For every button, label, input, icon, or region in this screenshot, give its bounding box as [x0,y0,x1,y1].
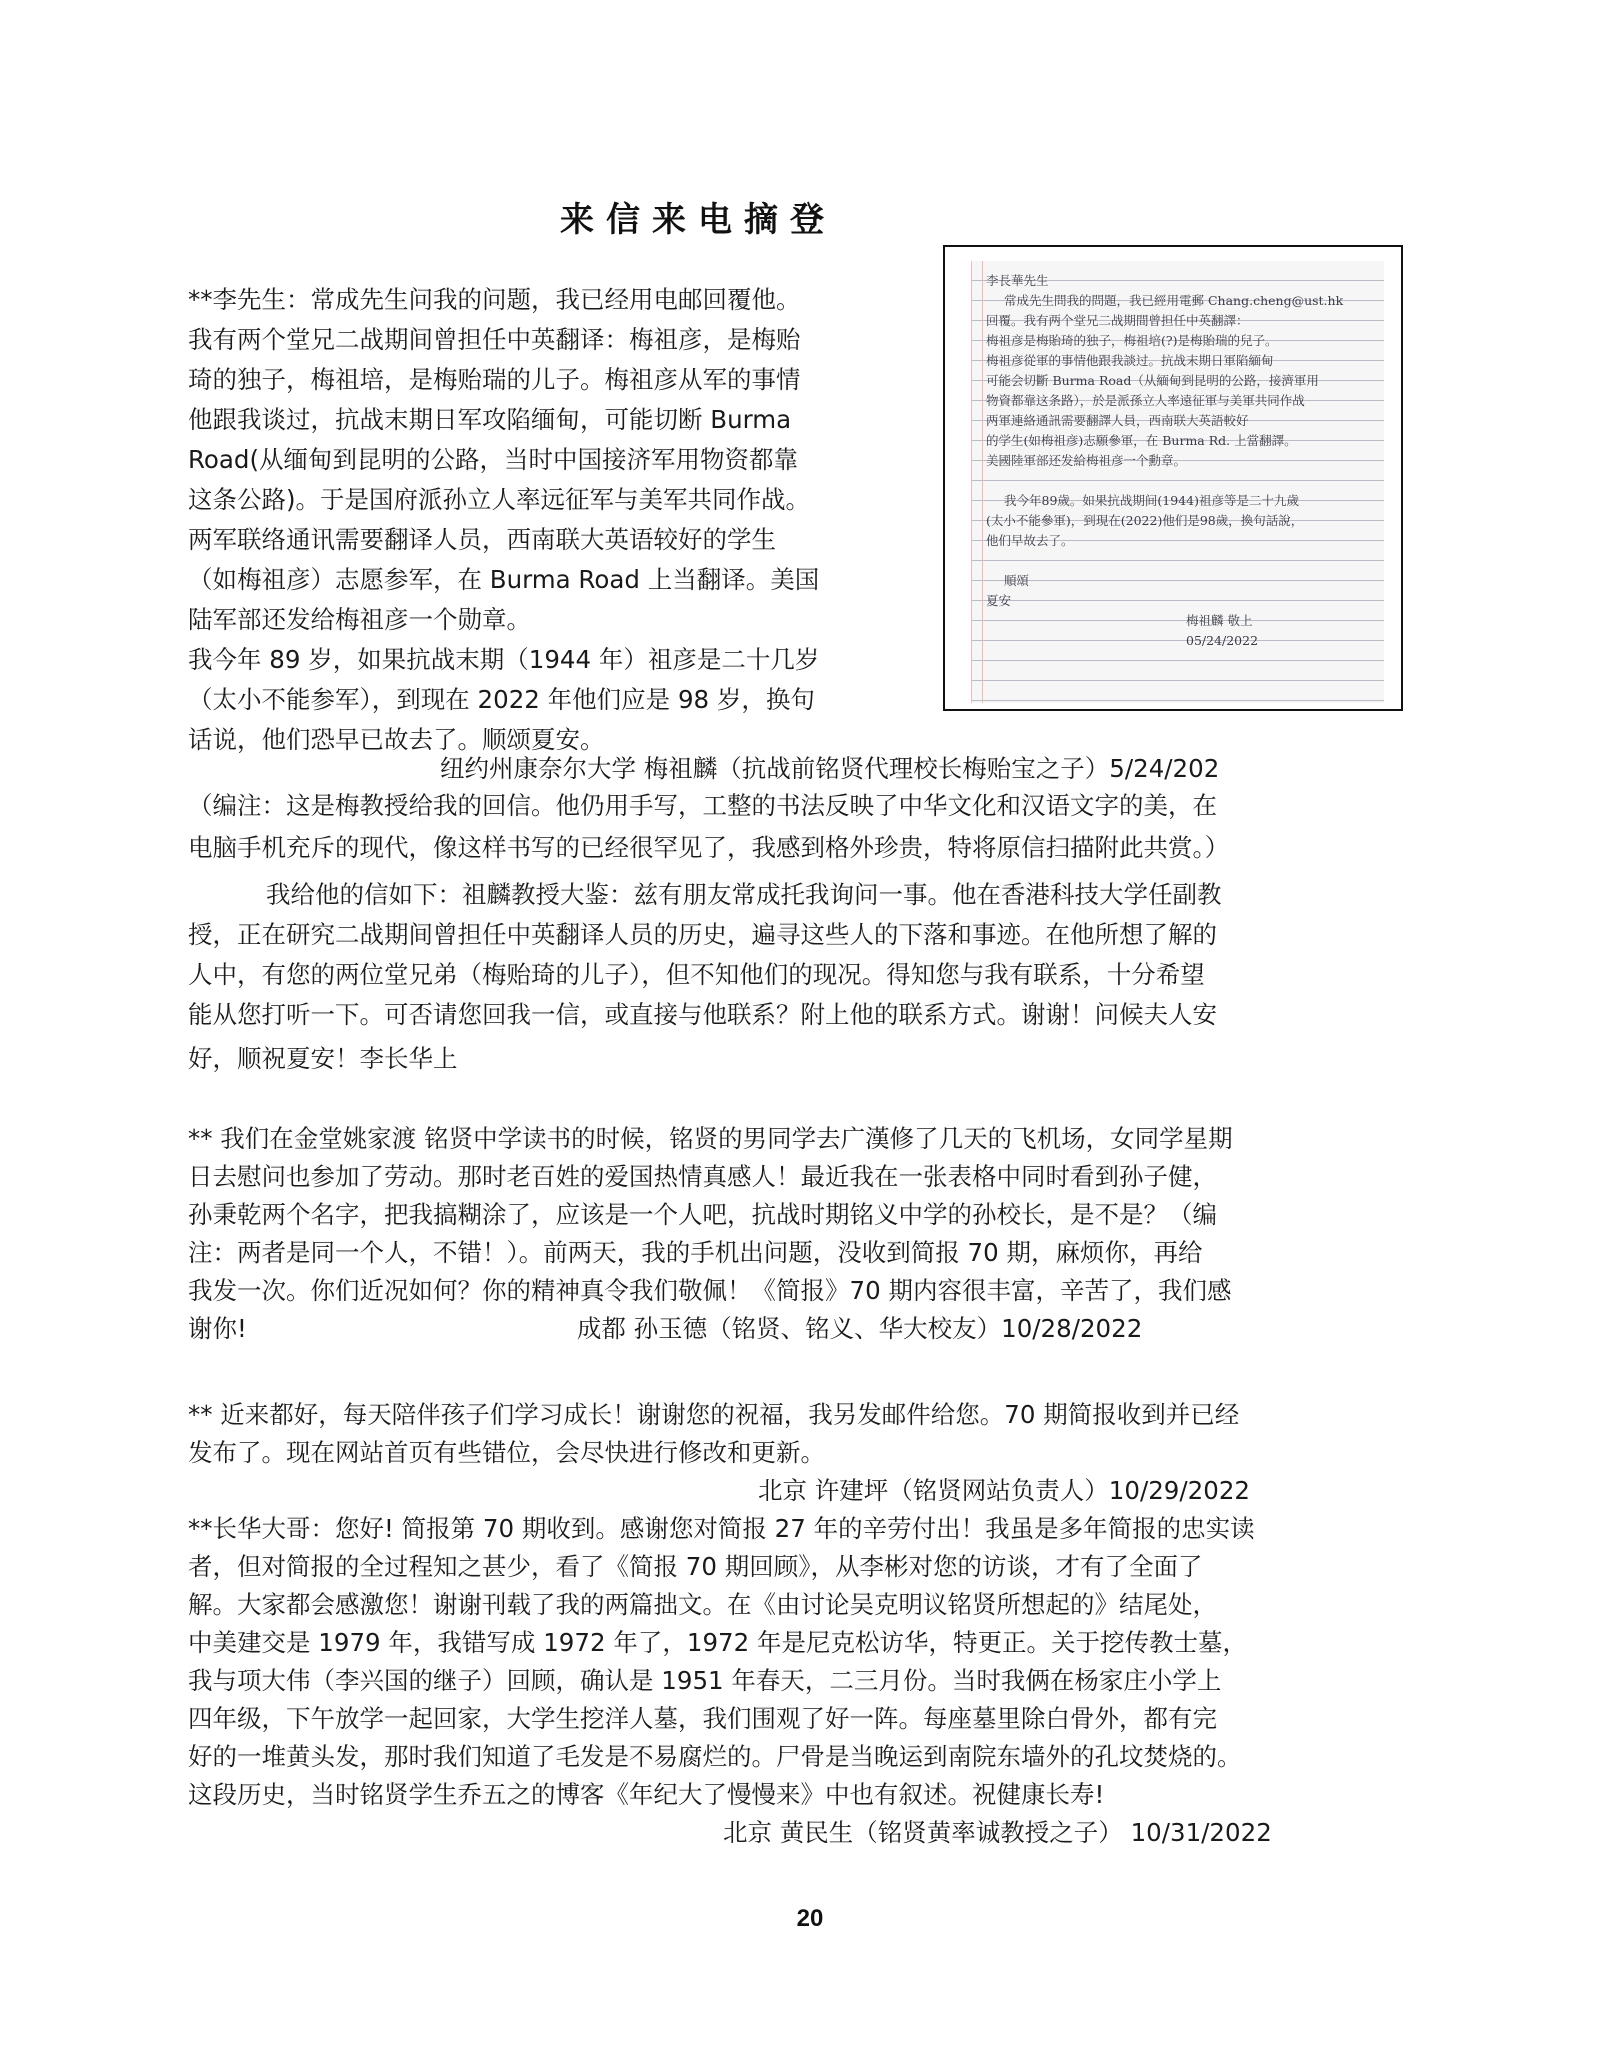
text-line: 我发一次。你们近况如何？你的精神真令我们敬佩！《简报》70 期内容很丰富，辛苦了… [188,1272,1448,1310]
text-line: 解。大家都会感激您！谢谢刊载了我的两篇拙文。在《由讨论吴克明议铭贤所想起的》结尾… [188,1586,1448,1624]
text-line: 发布了。现在网站首页有些错位，会尽快进行修改和更新。 [188,1434,1448,1472]
text-line: **李先生：常成先生问我的问题，我已经用电邮回覆他。 [188,280,918,320]
text-line: 琦的独子，梅祖培，是梅贻瑞的儿子。梅祖彦从军的事情 [188,360,918,400]
text-line: 陆军部还发给梅祖彦一个勋章。 [188,600,918,640]
hw-date: 05/24/2022 [986,631,1380,651]
text-line: 人中，有您的两位堂兄弟（梅贻琦的儿子），但不知他们的现况。得知您与我有联系，十分… [188,955,1448,995]
text-line: 日去慰问也参加了劳动。那时老百姓的爱国热情真感人！最近我在一张表格中同时看到孙子… [188,1158,1448,1196]
text-line-end: 谢你! [188,1314,247,1343]
text-line: ** 我们在金堂姚家渡 铭贤中学读书的时候，铭贤的男同学去广漢修了几天的飞机场，… [188,1120,1448,1158]
hw-line: 的学生(如梅祖彦)志願參軍，在 Burma Rd. 上當翻譯。 [986,431,1380,451]
text-line: ** 近来都好，每天陪伴孩子们学习成长！谢谢您的祝福，我另发邮件给您。70 期简… [188,1396,1448,1434]
letter-sun-yude-signature: 成都 孙玉德（铭贤、铭义、华大校友）10/28/2022 [577,1310,1143,1348]
text-line: 我有两个堂兄二战期间曾担任中英翻译：梅祖彦，是梅贻 [188,320,918,360]
text-line: 能从您打听一下。可否请您回我一信，或直接与他联系？附上他的联系方式。谢谢！问候夫… [188,995,1448,1035]
hw-line: 梅祖彦從軍的事情他跟我談过。抗战末期日軍陷緬甸 [986,351,1380,371]
letter-xu-jianping-signature: 北京 许建坪（铭贤网站负责人）10/29/2022 [188,1472,1448,1510]
text-line: 注：两者是同一个人，不错！）。前两天，我的手机出问题，没收到简报 70 期，麻烦… [188,1234,1448,1272]
hw-signature: 梅祖麟 敬上 [986,611,1380,631]
hw-line [986,471,1380,491]
hw-line: 梅祖彦是梅貽琦的独子，梅祖培(?)是梅貽瑞的兒子。 [986,331,1380,351]
page-number: 20 [780,1905,840,1933]
text-line: 孙秉乾两个名字，把我搞糊涂了，应该是一个人吧，抗战时期铭义中学的孙校长，是不是？… [188,1196,1448,1234]
text-line: 电脑手机充斥的现代，像这样书写的已经很罕见了，我感到格外珍贵，特将原信扫描附此共… [188,827,1448,869]
letter-to-mei-zulin: 我给他的信如下：祖麟教授大鉴：兹有朋友常成托我询问一事。他在香港科技大学任副教 … [188,875,1448,1079]
hw-line: 我今年89歲。如果抗战期间(1944)祖彦等是二十九歲 [986,491,1380,511]
text-line: 中美建交是 1979 年，我错写成 1972 年了，1972 年是尼克松访华，特… [188,1624,1448,1662]
text-line: 两军联络通讯需要翻译人员，西南联大英语较好的学生 [188,520,918,560]
text-line: 好的一堆黄头发，那时我们知道了毛发是不易腐烂的。尸骨是当晚运到南院东墙外的孔坟焚… [188,1738,1448,1776]
hw-line: 美國陸軍部还发給梅祖彦一个勳章。 [986,451,1380,471]
letter-mei-zulin-text: **李先生：常成先生问我的问题，我已经用电邮回覆他。 我有两个堂兄二战期间曾担任… [188,280,918,760]
handwritten-text: 李長華先生 常成先生問我的問題，我已經用電郵 Chang.cheng@ust.h… [986,271,1380,651]
text-line: 我今年 89 岁，如果抗战末期（1944 年）祖彦是二十几岁 [188,640,918,680]
letter-huang-minsheng-signature: 北京 黄民生（铭贤黄率诚教授之子） 10/31/2022 [188,1814,1448,1852]
text-line: 我给他的信如下：祖麟教授大鉴：兹有朋友常成托我询问一事。他在香港科技大学任副教 [188,875,1448,915]
hw-line: 常成先生問我的問題，我已經用電郵 Chang.cheng@ust.hk [986,291,1380,311]
text-line: 好，顺祝夏安！李长华上 [188,1039,1448,1079]
hw-line: 物資都靠这条路），於是派孫立人率遠征軍与美軍共同作战 [986,391,1380,411]
text-line: 我与项大伟（李兴国的继子）回顾，确认是 1951 年春天，二三月份。当时我俩在杨… [188,1662,1448,1700]
hw-line [986,551,1380,571]
hw-line: 他们早故去了。 [986,531,1380,551]
text-line: 四年级，下午放学一起回家，大学生挖洋人墓，我们围观了好一阵。每座墓里除白骨外，都… [188,1700,1448,1738]
text-line: （如梅祖彦）志愿参军，在 Burma Road 上当翻译。美国 [188,560,918,600]
editor-note: （编注：这是梅教授给我的回信。他仍用手写，工整的书法反映了中华文化和汉语文字的美… [188,785,1448,869]
paper-margin-line [982,261,983,703]
handwritten-letter-scan: 李長華先生 常成先生問我的問題，我已經用電郵 Chang.cheng@ust.h… [943,245,1403,711]
hw-line: 順頌 [986,571,1380,591]
text-line: Road(从缅甸到昆明的公路，当时中国接济军用物资都靠 [188,440,918,480]
text-line: **长华大哥：您好! 简报第 70 期收到。感谢您对简报 27 年的辛劳付出！我… [188,1510,1448,1548]
hw-line: 李長華先生 [986,271,1380,291]
text-line: 这条公路)。于是国府派孙立人率远征军与美军共同作战。 [188,480,918,520]
text-line: （太小不能参军），到现在 2022 年他们应是 98 岁，换句 [188,680,918,720]
letter-xu-jianping: ** 近来都好，每天陪伴孩子们学习成长！谢谢您的祝福，我另发邮件给您。70 期简… [188,1396,1448,1510]
hw-line: 回覆。我有两个堂兄二战期間曾担任中英翻譯： [986,311,1380,331]
text-line: 这段历史，当时铭贤学生乔五之的博客《年纪大了慢慢来》中也有叙述。祝健康长寿! [188,1776,1448,1814]
hw-line: (太小不能參軍)，到現在(2022)他们是98歲，換句話說， [986,511,1380,531]
hw-line: 夏安 [986,591,1380,611]
text-line: （编注：这是梅教授给我的回信。他仍用手写，工整的书法反映了中华文化和汉语文字的美… [188,785,1448,827]
text-line: 授，正在研究二战期间曾担任中英翻译人员的历史，遍寻这些人的下落和事迹。在他所想了… [188,915,1448,955]
text-line: 者，但对简报的全过程知之甚少，看了《简报 70 期回顾》，从李彬对您的访谈，才有… [188,1548,1448,1586]
text-line: 谢你!成都 孙玉德（铭贤、铭义、华大校友）10/28/2022 [188,1310,1448,1348]
lined-paper: 李長華先生 常成先生問我的問題，我已經用電郵 Chang.cheng@ust.h… [971,261,1384,703]
hw-line: 两軍連絡通訊需要翻譯人員，西南联大英語較好 [986,411,1380,431]
text-line: 他跟我谈过，抗战末期日军攻陷缅甸，可能切断 Burma [188,400,918,440]
hw-line: 可能会切斷 Burma Road（从緬甸到昆明的公路，接濟軍用 [986,371,1380,391]
letter-huang-minsheng: **长华大哥：您好! 简报第 70 期收到。感谢您对简报 27 年的辛劳付出！我… [188,1510,1448,1852]
letter-mei-zulin-signature: 纽约州康奈尔大学 梅祖麟（抗战前铭贤代理校长梅贻宝之子）5/24/202 [440,750,1400,785]
page-title: 来信来电摘登 [560,192,890,241]
letter-sun-yude: ** 我们在金堂姚家渡 铭贤中学读书的时候，铭贤的男同学去广漢修了几天的飞机场，… [188,1120,1448,1348]
